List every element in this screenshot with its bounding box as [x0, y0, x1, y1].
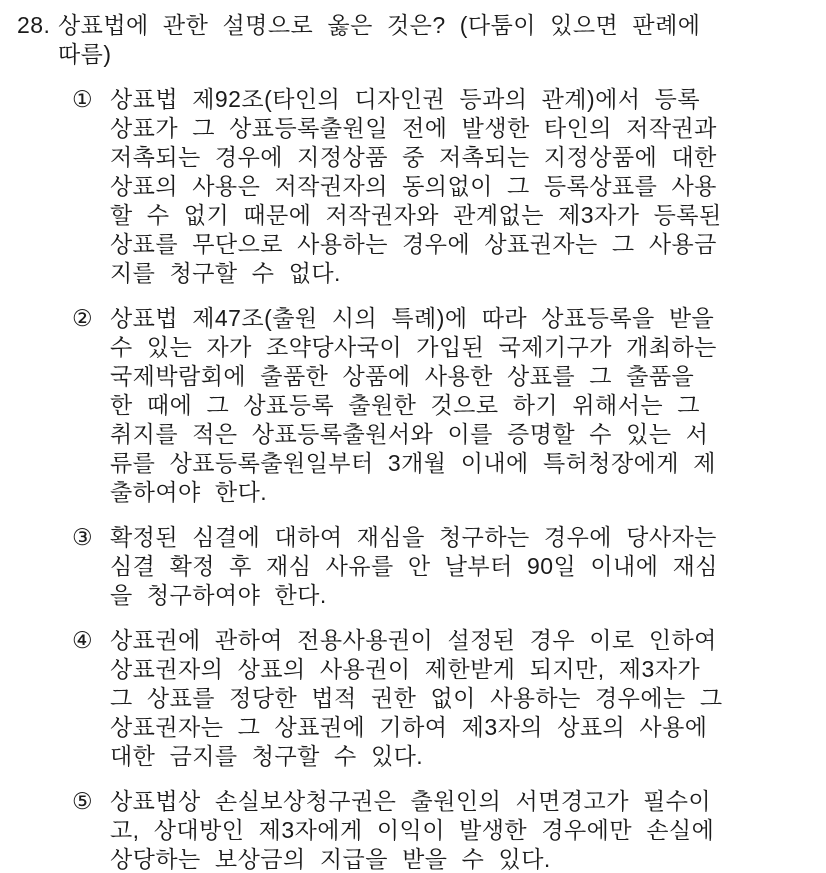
- option-1-line: 저촉되는 경우에 지정상품 중 저촉되는 지정상품에 대한: [110, 143, 816, 172]
- option-4-marker: ④: [72, 626, 110, 655]
- option-5-text: 상표법상 손실보상청구권은 출원인의 서면경고가 필수이고, 상대방인 제3자에…: [110, 787, 816, 873]
- option-4-line: 대한 금지를 청구할 수 있다.: [110, 742, 816, 771]
- option-1-text: 상표법 제92조(타인의 디자인권 등과의 관계)에서 등록상표가 그 상표등록…: [110, 85, 816, 288]
- option-3-marker: ③: [72, 523, 110, 552]
- question-stem: 상표법에 관한 설명으로 옳은 것은? (다툼이 있으면 판례에따름): [58, 11, 816, 69]
- option-2: ②상표법 제47조(출원 시의 특례)에 따라 상표등록을 받을수 있는 자가 …: [72, 304, 816, 507]
- option-2-line: 취지를 적은 상표등록출원서와 이를 증명할 수 있는 서: [110, 420, 816, 449]
- option-3-line: 심결 확정 후 재심 사유를 안 날부터 90일 이내에 재심: [110, 552, 816, 581]
- option-4-line: 상표권자의 상표의 사용권이 제한받게 되지만, 제3자가: [110, 655, 816, 684]
- option-3-line: 을 청구하여야 한다.: [110, 581, 816, 610]
- question-stem-line: 상표법에 관한 설명으로 옳은 것은? (다툼이 있으면 판례에: [58, 11, 816, 40]
- question-stem-line: 따름): [58, 40, 816, 69]
- option-4: ④상표권에 관하여 전용사용권이 설정된 경우 이로 인하여상표권자의 상표의 …: [72, 626, 816, 771]
- option-4-line: 상표권에 관하여 전용사용권이 설정된 경우 이로 인하여: [110, 626, 816, 655]
- option-1-line: 상표를 무단으로 사용하는 경우에 상표권자는 그 사용금: [110, 230, 816, 259]
- question-28: 28. 상표법에 관한 설명으로 옳은 것은? (다툼이 있으면 판례에따름) …: [0, 11, 826, 873]
- option-1: ①상표법 제92조(타인의 디자인권 등과의 관계)에서 등록상표가 그 상표등…: [72, 85, 816, 288]
- option-1-line: 상표의 사용은 저작권자의 동의없이 그 등록상표를 사용: [110, 172, 816, 201]
- option-5-line: 상당하는 보상금의 지급을 받을 수 있다.: [110, 845, 816, 873]
- option-3: ③확정된 심결에 대하여 재심을 청구하는 경우에 당사자는심결 확정 후 재심…: [72, 523, 816, 610]
- option-1-line: 지를 청구할 수 없다.: [110, 259, 816, 288]
- option-2-marker: ②: [72, 304, 110, 333]
- options-list: ①상표법 제92조(타인의 디자인권 등과의 관계)에서 등록상표가 그 상표등…: [0, 85, 826, 873]
- option-4-line: 그 상표를 정당한 법적 권한 없이 사용하는 경우에는 그: [110, 684, 816, 713]
- option-2-line: 한 때에 그 상표등록 출원한 것으로 하기 위해서는 그: [110, 391, 816, 420]
- option-2-text: 상표법 제47조(출원 시의 특례)에 따라 상표등록을 받을수 있는 자가 조…: [110, 304, 816, 507]
- option-2-line: 국제박람회에 출품한 상품에 사용한 상표를 그 출품을: [110, 362, 816, 391]
- exam-page: 28. 상표법에 관한 설명으로 옳은 것은? (다툼이 있으면 판례에따름) …: [0, 0, 826, 873]
- option-3-text: 확정된 심결에 대하여 재심을 청구하는 경우에 당사자는심결 확정 후 재심 …: [110, 523, 816, 610]
- option-1-line: 상표가 그 상표등록출원일 전에 발생한 타인의 저작권과: [110, 114, 816, 143]
- option-1-marker: ①: [72, 85, 110, 114]
- option-2-line: 출하여야 한다.: [110, 478, 816, 507]
- option-2-line: 수 있는 자가 조약당사국이 가입된 국제기구가 개최하는: [110, 333, 816, 362]
- option-5-line: 상표법상 손실보상청구권은 출원인의 서면경고가 필수이: [110, 787, 816, 816]
- option-3-line: 확정된 심결에 대하여 재심을 청구하는 경우에 당사자는: [110, 523, 816, 552]
- option-1-line: 상표법 제92조(타인의 디자인권 등과의 관계)에서 등록: [110, 85, 816, 114]
- option-4-line: 상표권자는 그 상표권에 기하여 제3자의 상표의 사용에: [110, 713, 816, 742]
- question-number: 28.: [17, 11, 58, 40]
- option-5-line: 고, 상대방인 제3자에게 이익이 발생한 경우에만 손실에: [110, 816, 816, 845]
- option-5-marker: ⑤: [72, 787, 110, 816]
- option-2-line: 류를 상표등록출원일부터 3개월 이내에 특허청장에게 제: [110, 449, 816, 478]
- option-2-line: 상표법 제47조(출원 시의 특례)에 따라 상표등록을 받을: [110, 304, 816, 333]
- option-1-line: 할 수 없기 때문에 저작권자와 관계없는 제3자가 등록된: [110, 201, 816, 230]
- option-5: ⑤상표법상 손실보상청구권은 출원인의 서면경고가 필수이고, 상대방인 제3자…: [72, 787, 816, 873]
- question-header: 28. 상표법에 관한 설명으로 옳은 것은? (다툼이 있으면 판례에따름): [17, 11, 816, 69]
- option-4-text: 상표권에 관하여 전용사용권이 설정된 경우 이로 인하여상표권자의 상표의 사…: [110, 626, 816, 771]
